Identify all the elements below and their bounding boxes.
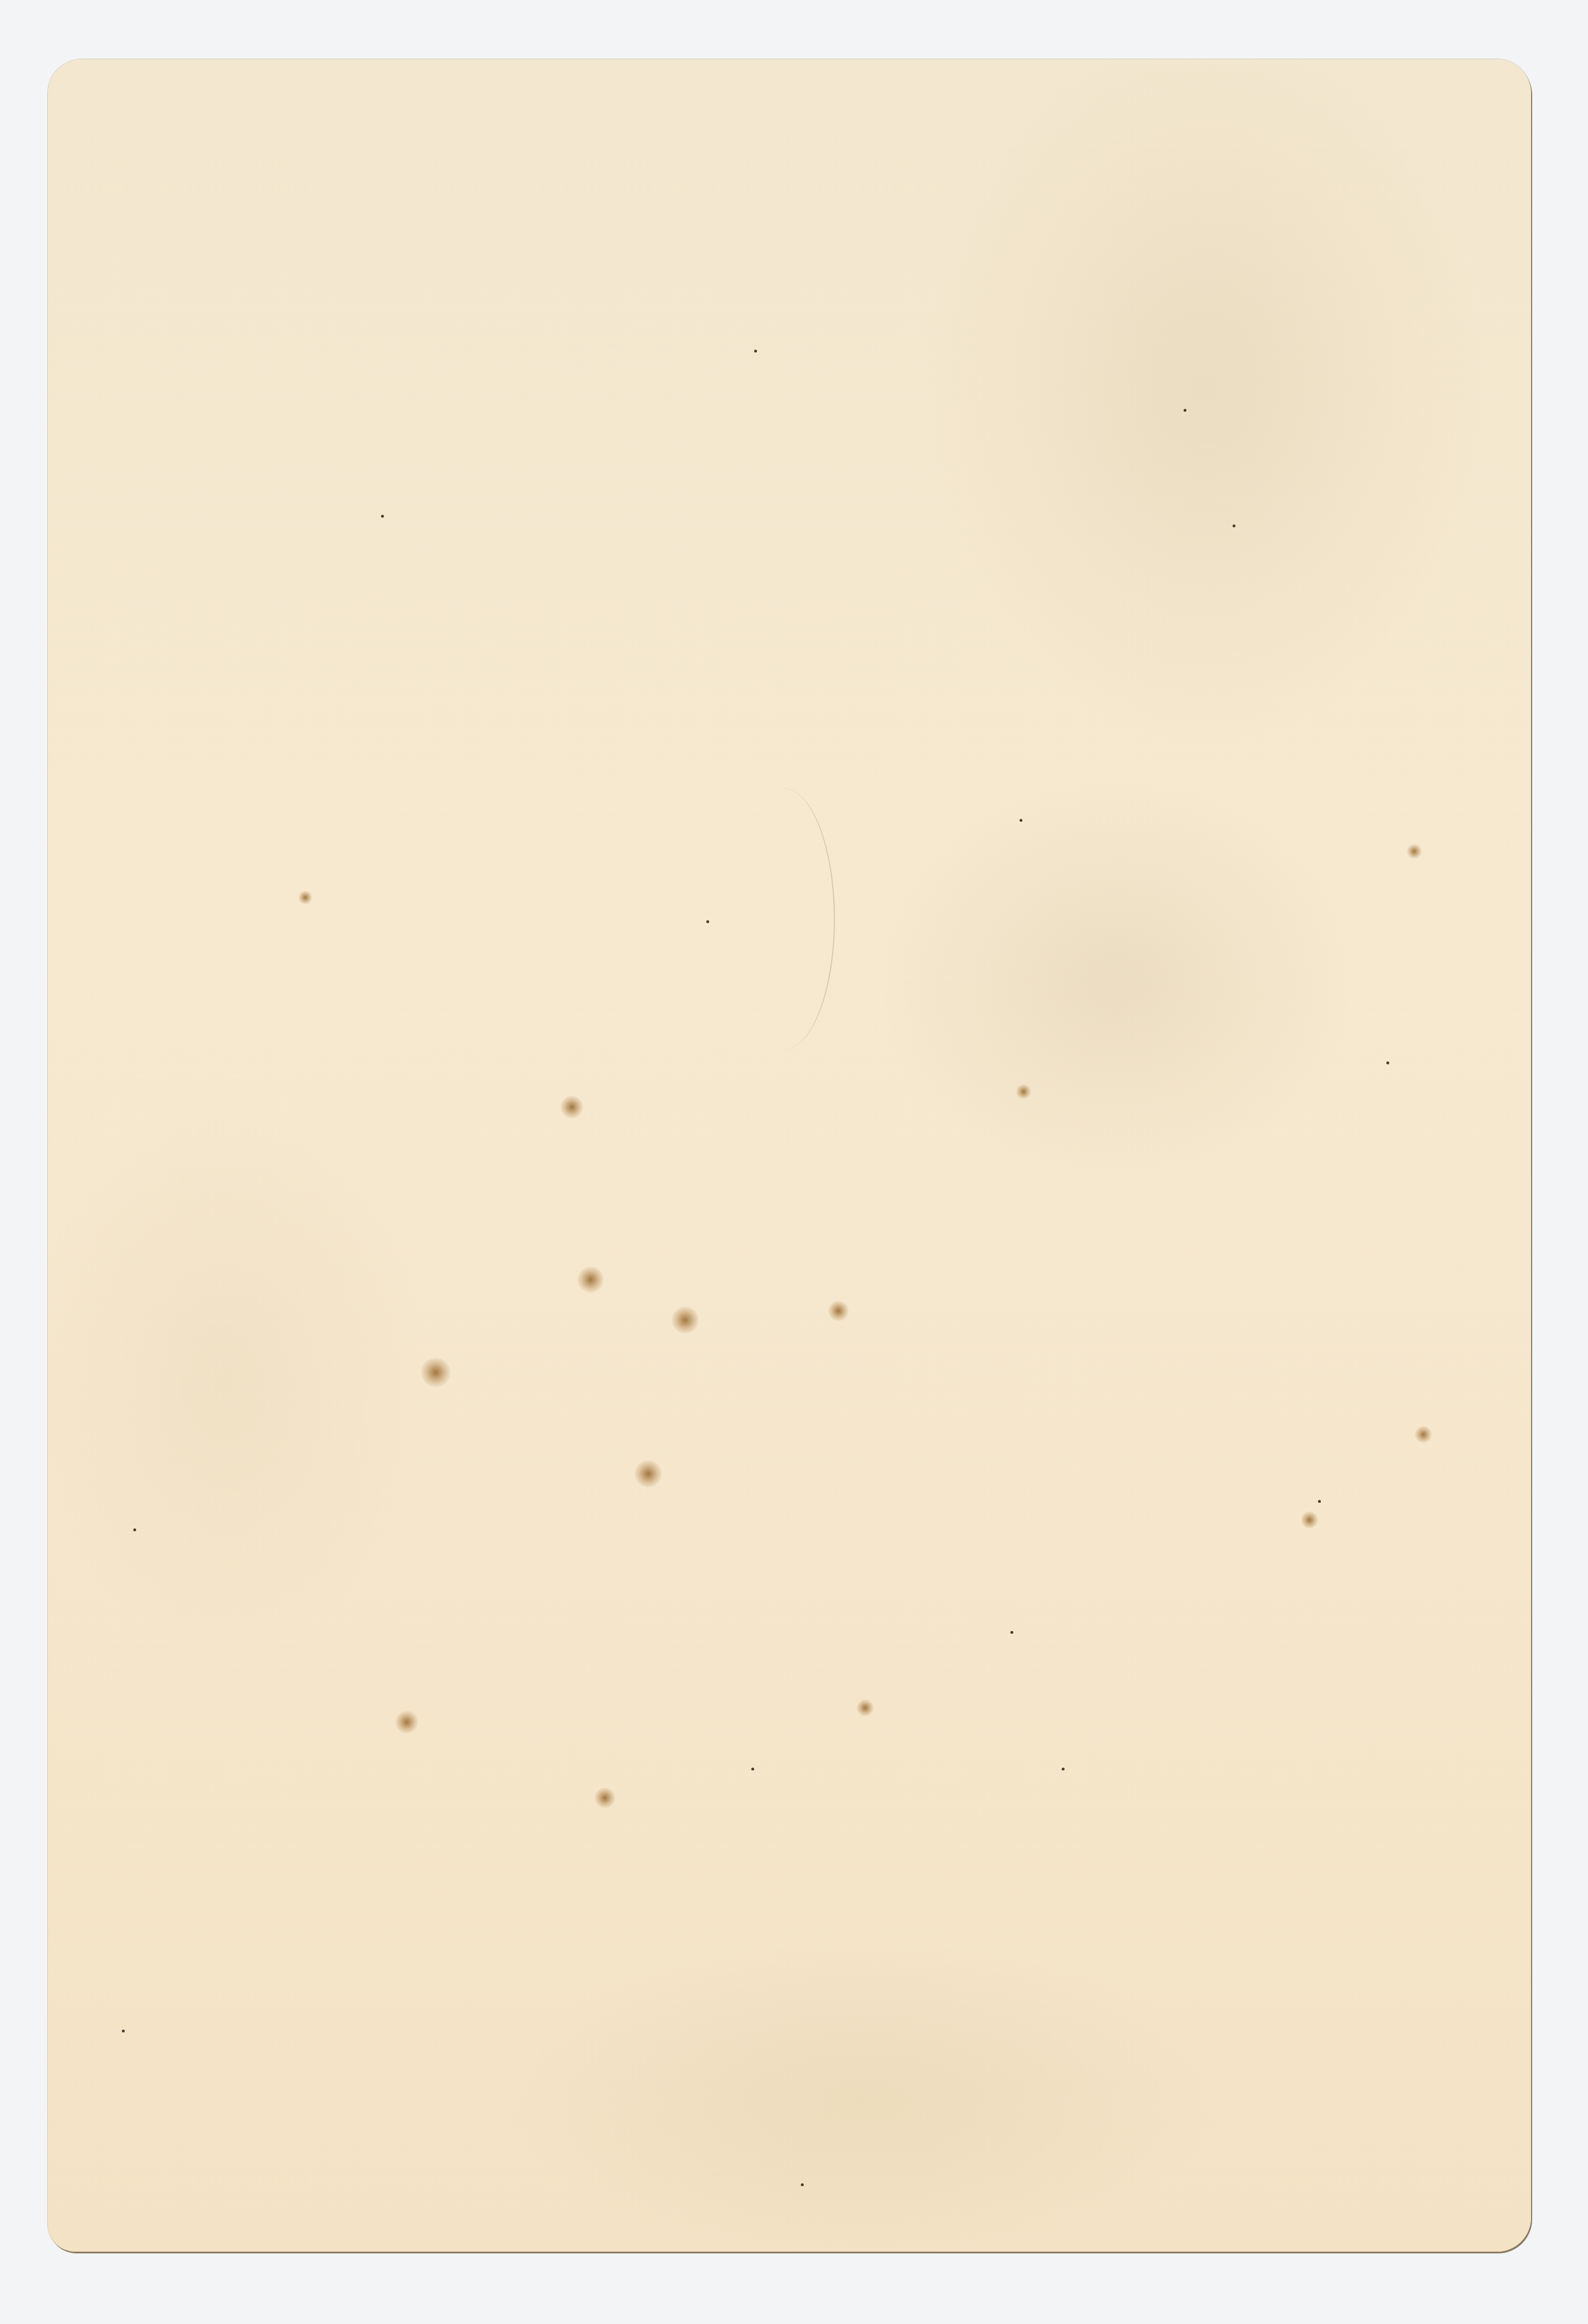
speck (122, 2030, 125, 2032)
speck (754, 350, 757, 353)
foxing-spot (1407, 844, 1422, 859)
foxing-spot (1415, 1426, 1432, 1443)
foxing-spot (421, 1358, 451, 1387)
foxing-spot (1301, 1511, 1318, 1528)
speck (1020, 819, 1022, 822)
speck (1386, 1061, 1389, 1064)
speck (1010, 1631, 1013, 1634)
foxing-spot (828, 1301, 849, 1321)
aged-card-back (48, 59, 1531, 2252)
speck (706, 920, 709, 923)
foxing-spot (595, 1788, 615, 1808)
speck (1233, 524, 1235, 527)
speck (751, 1768, 754, 1770)
foxing-spot (857, 1699, 874, 1716)
foxing-spot (395, 1711, 418, 1733)
foxing-spot (1016, 1084, 1031, 1099)
foxing-spot (560, 1096, 583, 1118)
speck (381, 515, 384, 518)
speck (1062, 1768, 1065, 1770)
speck (1318, 1500, 1321, 1503)
speck (801, 2183, 804, 2186)
speck (1184, 409, 1186, 412)
foxing-spot (578, 1266, 604, 1293)
foxing-spot (635, 1460, 662, 1487)
foxing-spot (672, 1306, 699, 1334)
speck (133, 1528, 136, 1531)
foxing-spot (298, 891, 312, 904)
paper-crease (731, 788, 835, 1050)
